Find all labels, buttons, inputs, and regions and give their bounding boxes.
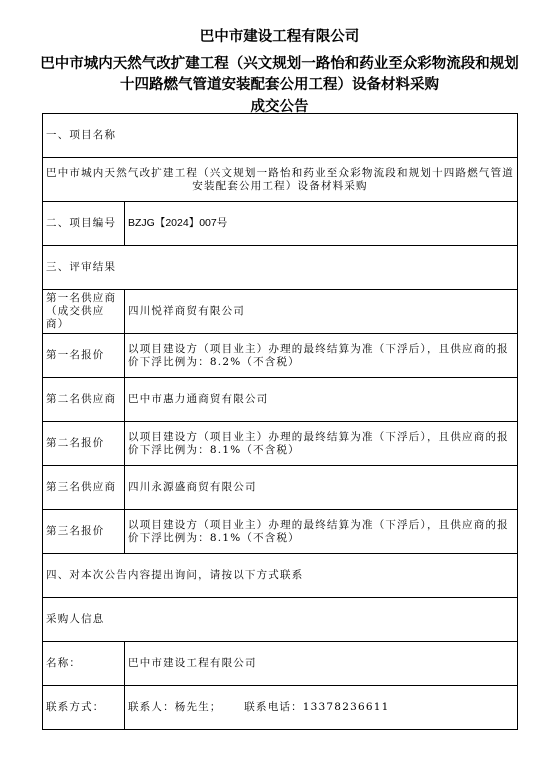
purchaser-name-value: 巴中市建设工程有限公司 [125,642,518,686]
purchaser-name-label: 名称： [43,642,125,686]
supplier-2-label: 第二名供应商 [43,378,125,422]
table-row: 名称： 巴中市建设工程有限公司 [43,642,518,686]
table-row: 第三名报价 以项目建设方（项目业主）办理的最终结算为准（下浮后），且供应商的报价… [43,510,518,554]
price-3-label: 第三名报价 [43,510,125,554]
purchaser-heading: 采购人信息 [43,598,518,642]
project-name-value: 巴中市城内天然气改扩建工程（兴文规划一路怡和药业至众彩物流段和规划十四路燃气管道… [43,158,518,202]
table-row: 第二名供应商 巴中市惠力通商贸有限公司 [43,378,518,422]
contact-label: 联系方式： [43,686,125,730]
announcement-table: 一、项目名称 巴中市城内天然气改扩建工程（兴文规划一路怡和药业至众彩物流段和规划… [42,113,518,730]
project-title: 巴中市城内天然气改扩建工程（兴文规划一路怡和药业至众彩物流段和规划十四路燃气管道… [40,53,519,95]
table-row: 联系方式： 联系人：杨先生； 联系电话：13378236611 [43,686,518,730]
supplier-1-value: 四川悦祥商贸有限公司 [125,290,518,334]
project-no-label: 二、项目编号 [43,202,125,246]
price-2-label: 第二名报价 [43,422,125,466]
supplier-3-value: 四川永源盛商贸有限公司 [125,466,518,510]
price-3-value: 以项目建设方（项目业主）办理的最终结算为准（下浮后），且供应商的报价下浮比例为：… [125,510,518,554]
table-row: 采购人信息 [43,598,518,642]
contact-value: 联系人：杨先生； 联系电话：13378236611 [125,686,518,730]
table-row: 四、对本次公告内容提出询问，请按以下方式联系 [43,554,518,598]
supplier-1-label: 第一名供应商（成交供应商） [43,290,125,334]
review-heading: 三、评审结果 [43,246,518,290]
table-row: 一、项目名称 [43,114,518,158]
inquiry-heading: 四、对本次公告内容提出询问，请按以下方式联系 [43,554,518,598]
project-no-value: BZJG【2024】007号 [125,202,518,246]
project-name-heading: 一、项目名称 [43,114,518,158]
table-row: 第二名报价 以项目建设方（项目业主）办理的最终结算为准（下浮后），且供应商的报价… [43,422,518,466]
table-row: 第一名报价 以项目建设方（项目业主）办理的最终结算为准（下浮后），且供应商的报价… [43,334,518,378]
supplier-3-label: 第三名供应商 [43,466,125,510]
table-row: 巴中市城内天然气改扩建工程（兴文规划一路怡和药业至众彩物流段和规划十四路燃气管道… [43,158,518,202]
price-1-label: 第一名报价 [43,334,125,378]
price-2-value: 以项目建设方（项目业主）办理的最终结算为准（下浮后），且供应商的报价下浮比例为：… [125,422,518,466]
supplier-2-value: 巴中市惠力通商贸有限公司 [125,378,518,422]
table-row: 三、评审结果 [43,246,518,290]
table-row: 二、项目编号 BZJG【2024】007号 [43,202,518,246]
table-row: 第三名供应商 四川永源盛商贸有限公司 [43,466,518,510]
table-row: 第一名供应商（成交供应商） 四川悦祥商贸有限公司 [43,290,518,334]
price-1-value: 以项目建设方（项目业主）办理的最终结算为准（下浮后），且供应商的报价下浮比例为：… [125,334,518,378]
company-title: 巴中市建设工程有限公司 [0,25,559,46]
